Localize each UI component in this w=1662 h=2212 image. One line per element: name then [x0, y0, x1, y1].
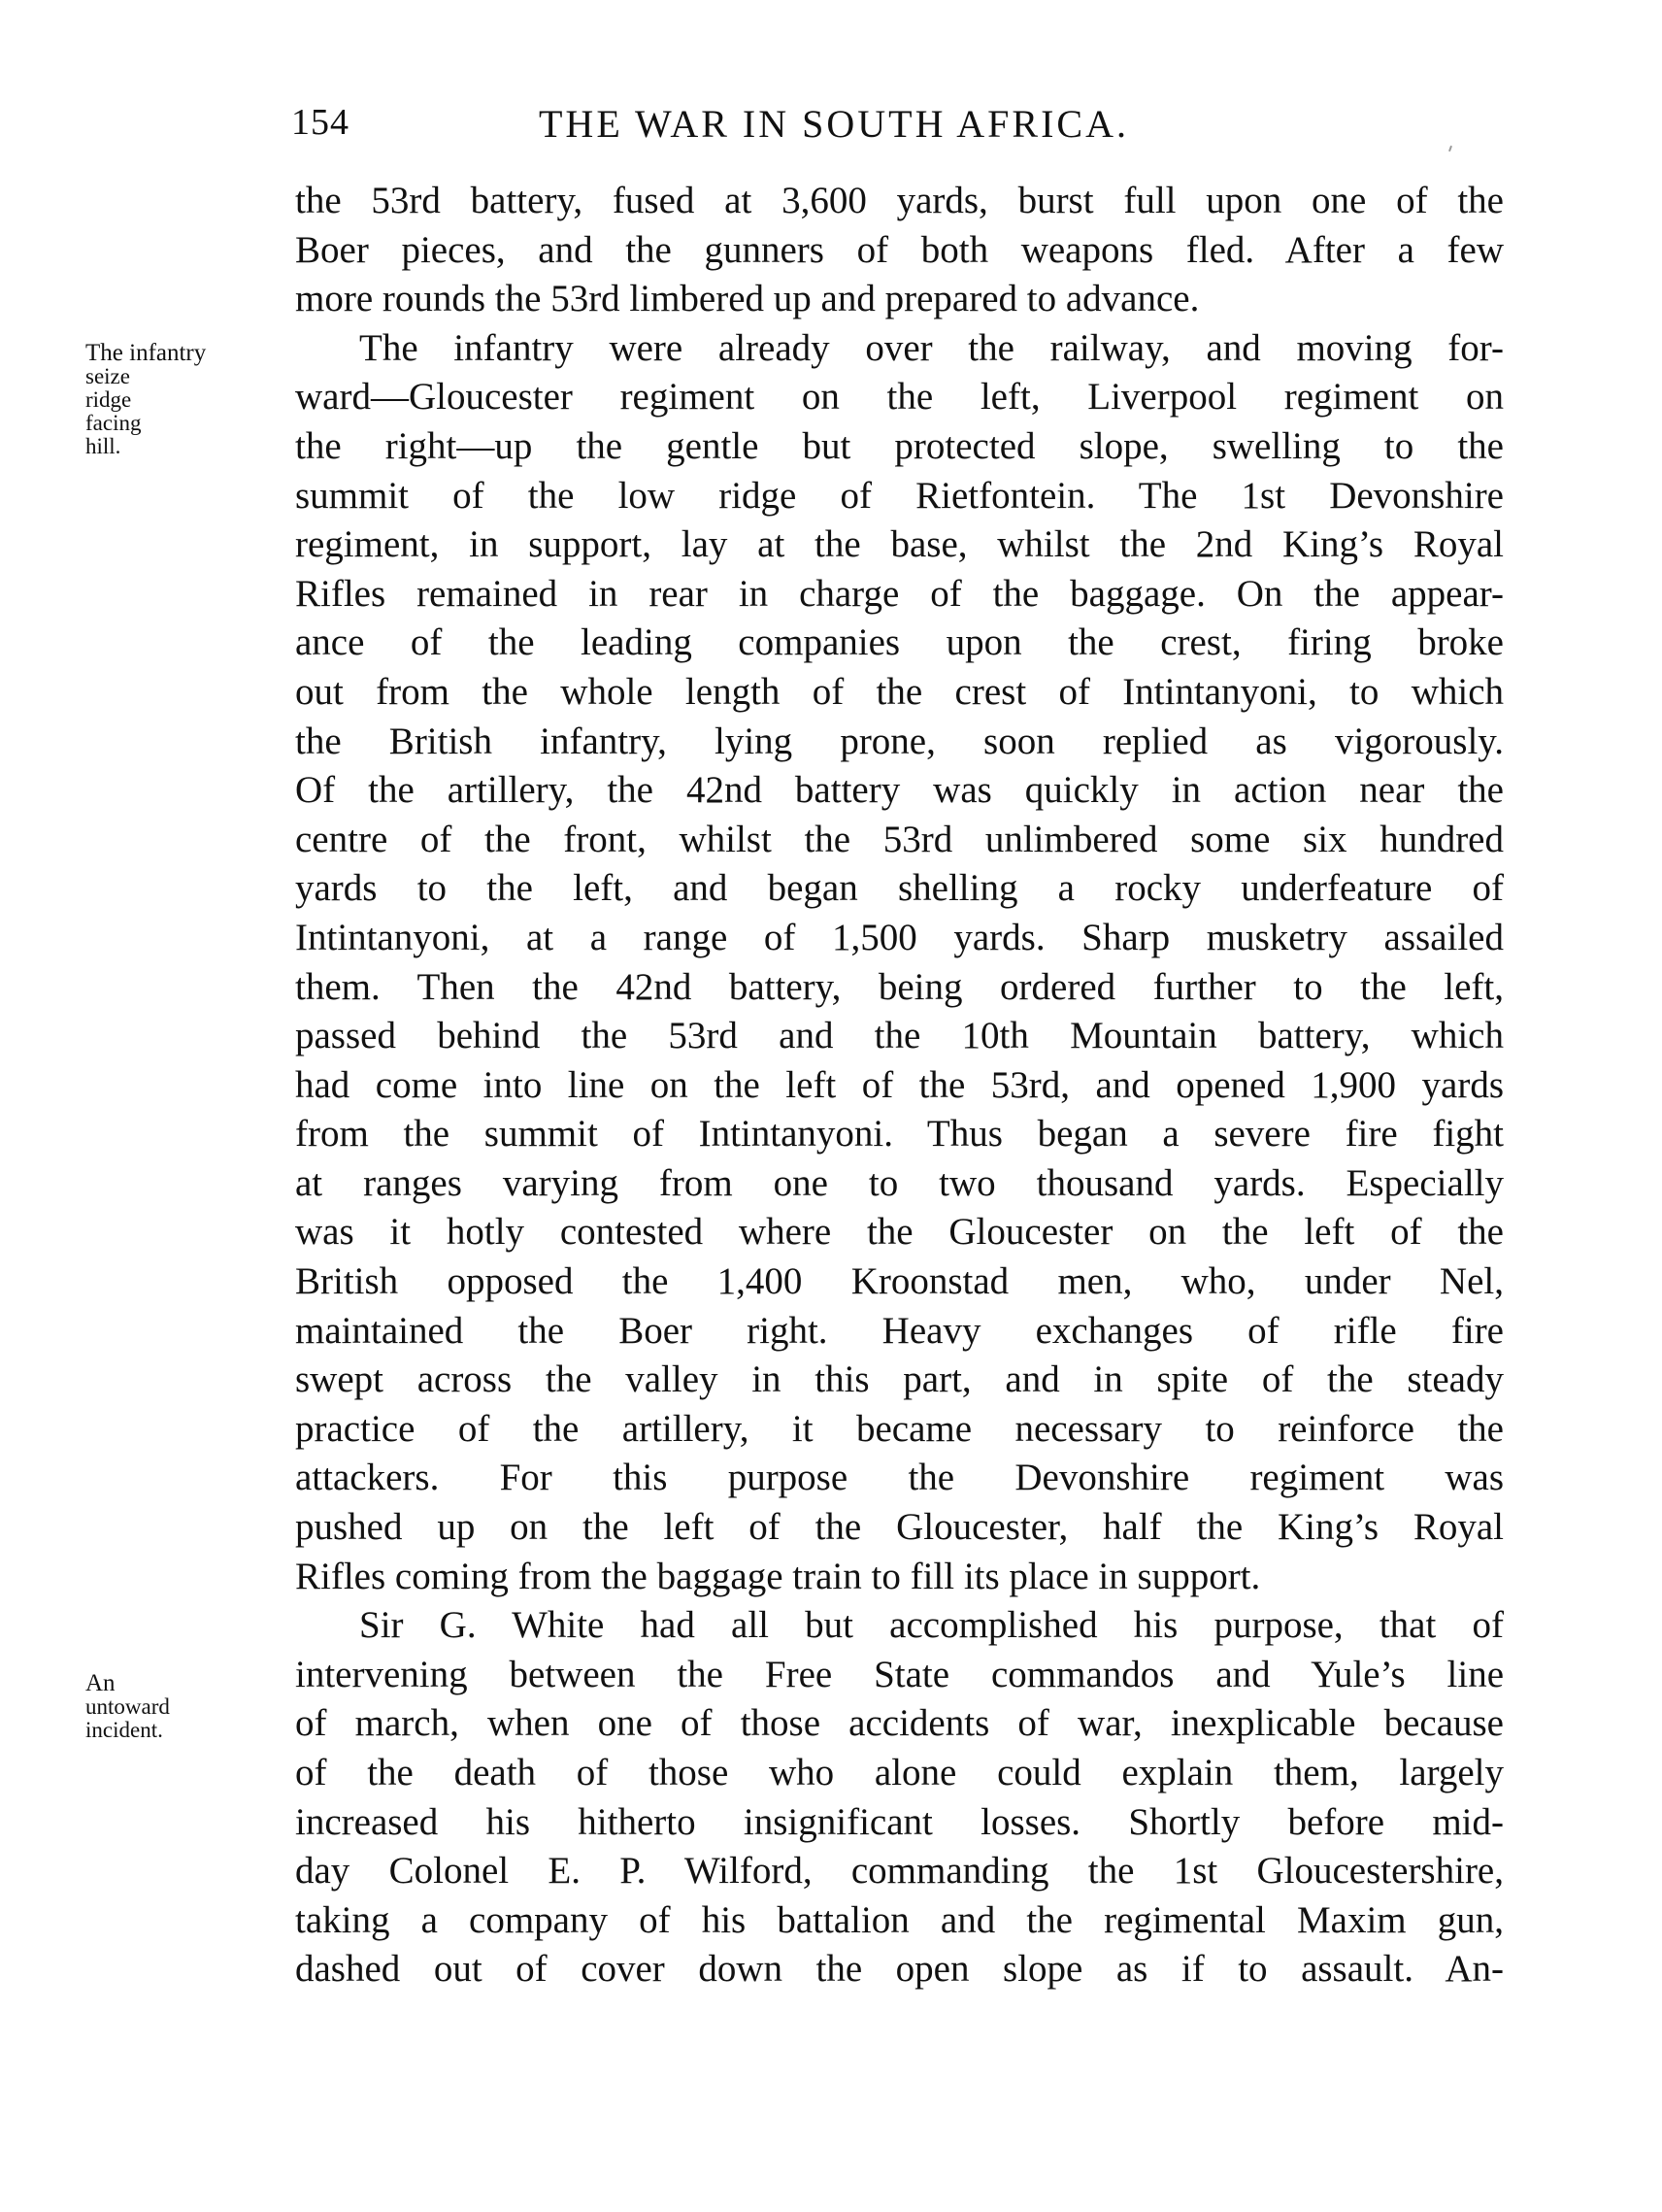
text-line: attackers. For this purpose the Devonshi…	[295, 1454, 1504, 1503]
text-line: Rifles coming from the baggage train to …	[295, 1553, 1504, 1602]
print-speck	[1448, 146, 1452, 151]
text-line: the 53rd battery, fused at 3,600 yards, …	[295, 177, 1504, 226]
text-line: Boer pieces, and the gunners of both wea…	[295, 226, 1504, 276]
text-line: had come into line on the left of the 53…	[295, 1061, 1504, 1111]
running-title: THE WAR IN SOUTH AFRICA.	[539, 101, 1129, 147]
text-line: out from the whole length of the crest o…	[295, 668, 1504, 718]
text-line: regiment, in support, lay at the base, w…	[295, 520, 1504, 570]
margin-note-line: An	[85, 1672, 270, 1695]
text-line: dashed out of cover down the open slope …	[295, 1945, 1504, 1994]
book-page: 154 THE WAR IN SOUTH AFRICA. The infantr…	[0, 0, 1662, 2212]
text-line: more rounds the 53rd limbered up and pre…	[295, 275, 1504, 324]
text-line: Of the artillery, the 42nd battery was q…	[295, 766, 1504, 816]
text-line: of the death of those who alone could ex…	[295, 1749, 1504, 1798]
text-line: The infantry were already over the railw…	[295, 324, 1504, 374]
text-line: passed behind the 53rd and the 10th Moun…	[295, 1012, 1504, 1061]
text-line: ance of the leading companies upon the c…	[295, 619, 1504, 668]
text-line: taking a company of his battalion and th…	[295, 1896, 1504, 1946]
margin-note-line: seize	[85, 365, 270, 388]
text-line: was it hotly contested where the Glouces…	[295, 1208, 1504, 1257]
text-line: practice of the artillery, it became nec…	[295, 1405, 1504, 1455]
margin-note-line: facing	[85, 412, 270, 435]
margin-note-line: incident.	[85, 1719, 270, 1742]
text-line: Intintanyoni, at a range of 1,500 yards.…	[295, 914, 1504, 963]
text-line: yards to the left, and began shelling a …	[295, 864, 1504, 914]
margin-note-incident: An untoward incident.	[85, 1672, 270, 1742]
text-line: British opposed the 1,400 Kroonstad men,…	[295, 1257, 1504, 1307]
page-number: 154	[291, 101, 349, 144]
margin-note-line: untoward	[85, 1695, 270, 1719]
text-line: them. Then the 42nd battery, being order…	[295, 963, 1504, 1013]
text-line: day Colonel E. P. Wilford, commanding th…	[295, 1847, 1504, 1896]
margin-note-line: ridge	[85, 388, 270, 412]
margin-note-infantry: The infantry seize ridge facing hill.	[85, 342, 270, 458]
text-line: pushed up on the left of the Gloucester,…	[295, 1503, 1504, 1553]
text-line: the right—up the gentle but protected sl…	[295, 422, 1504, 472]
text-line: increased his hitherto insignificant los…	[295, 1798, 1504, 1848]
margin-note-line: hill.	[85, 435, 270, 458]
body-text: the 53rd battery, fused at 3,600 yards, …	[295, 177, 1504, 1994]
text-line: of march, when one of those accidents of…	[295, 1699, 1504, 1749]
text-line: swept across the valley in this part, an…	[295, 1356, 1504, 1405]
text-line: ward—Gloucester regiment on the left, Li…	[295, 373, 1504, 422]
text-line: Rifles remained in rear in charge of the…	[295, 570, 1504, 620]
text-line: at ranges varying from one to two thousa…	[295, 1159, 1504, 1209]
text-line: centre of the front, whilst the 53rd unl…	[295, 816, 1504, 865]
text-line: the British infantry, lying prone, soon …	[295, 718, 1504, 767]
text-line: summit of the low ridge of Rietfontein. …	[295, 472, 1504, 521]
text-line: from the summit of Intintanyoni. Thus be…	[295, 1110, 1504, 1159]
text-line: intervening between the Free State comma…	[295, 1651, 1504, 1700]
text-line: maintained the Boer right. Heavy exchang…	[295, 1307, 1504, 1357]
text-line: Sir G. White had all but accomplished hi…	[295, 1601, 1504, 1651]
margin-note-line: The infantry	[85, 342, 270, 365]
